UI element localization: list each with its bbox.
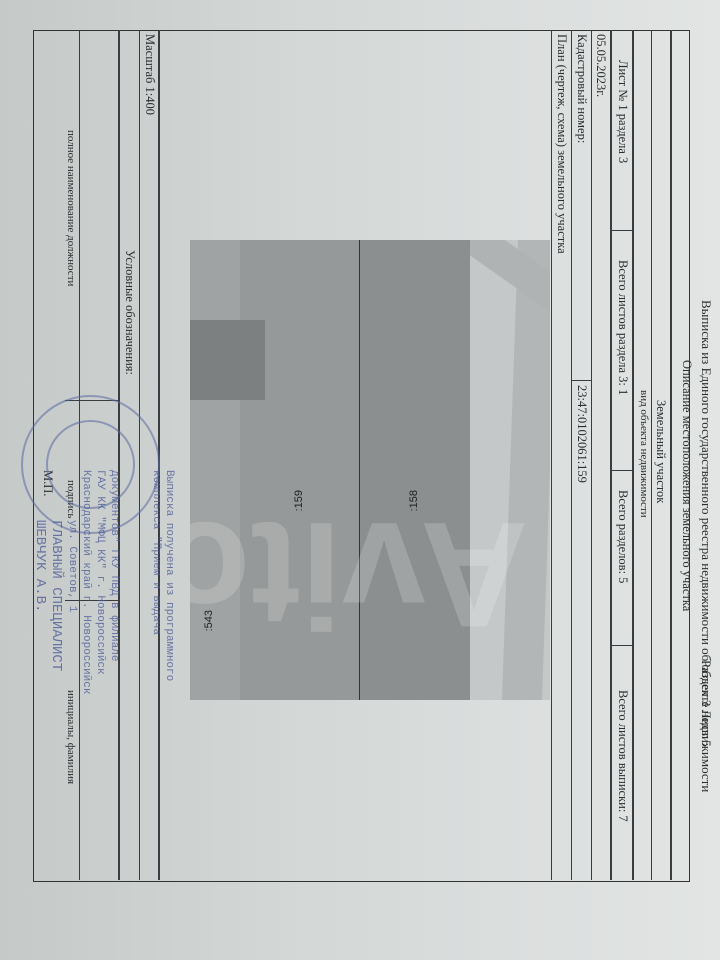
divider: [633, 30, 635, 880]
divider: [612, 470, 634, 471]
divider: [611, 30, 613, 880]
watermark: Avito: [190, 488, 528, 661]
scale-label: Масштаб 1:400: [142, 34, 157, 115]
divider: [551, 30, 552, 880]
position-caption: полное наименование должности: [65, 130, 77, 286]
name-caption: инициалы, фамилия: [65, 690, 77, 784]
stamp-line: ШЕВЧУК А.В.: [32, 520, 48, 612]
object-type: Земельный участок: [653, 400, 668, 503]
sheet-number: Лист № 1 раздела 3: [615, 60, 630, 163]
stamp-line: Краснодарский край г. Новороссийск: [80, 470, 92, 694]
stamp-line: Выписка получена из программного: [163, 470, 175, 681]
legend-label: Условные обозначения:: [122, 250, 137, 375]
stamp-line: ГАУ КК "МФЦ КК" г. Новороссийск: [94, 470, 106, 675]
stamp-line: комплекса "Прием и выдача: [150, 470, 162, 635]
divider: [591, 30, 592, 880]
issue-date: 05.05.2023г.: [593, 34, 608, 97]
divider: [651, 30, 652, 880]
stamp-line: ул. Советов, 1: [66, 520, 78, 612]
building: [190, 320, 265, 400]
sheets-in-section: Всего листов раздела 3: 1: [615, 260, 630, 395]
stamp-line: документов" ГКУ ПВД в филиале: [108, 470, 120, 661]
land-plot-map: :158 :159 :543 Avito: [190, 240, 550, 700]
object-type-caption: вид объекта недвижимости: [638, 390, 650, 518]
sheets-total: Всего листов выписки: 7: [615, 690, 630, 822]
divider: [612, 645, 634, 646]
section-reference: Раздел 3 Лист 5: [698, 660, 714, 747]
divider: [571, 30, 572, 880]
cadastral-number: 23:47:0102061:159: [574, 385, 589, 483]
document-page: Выписка из Единого государственного реес…: [0, 0, 720, 960]
divider: [671, 30, 673, 880]
divider: [572, 380, 592, 381]
plan-title: План (чертеж, схема) земельного участка: [554, 34, 569, 254]
document-subtitle: Описание местоположения земельного участ…: [679, 360, 694, 611]
stamp-line: ГЛАВНЫЙ СПЕЦИАЛИСТ: [48, 520, 64, 671]
divider: [612, 230, 634, 231]
sections-total: Всего разделов: 5: [615, 490, 630, 583]
cadastral-label: Кадастровый номер:: [574, 34, 589, 143]
